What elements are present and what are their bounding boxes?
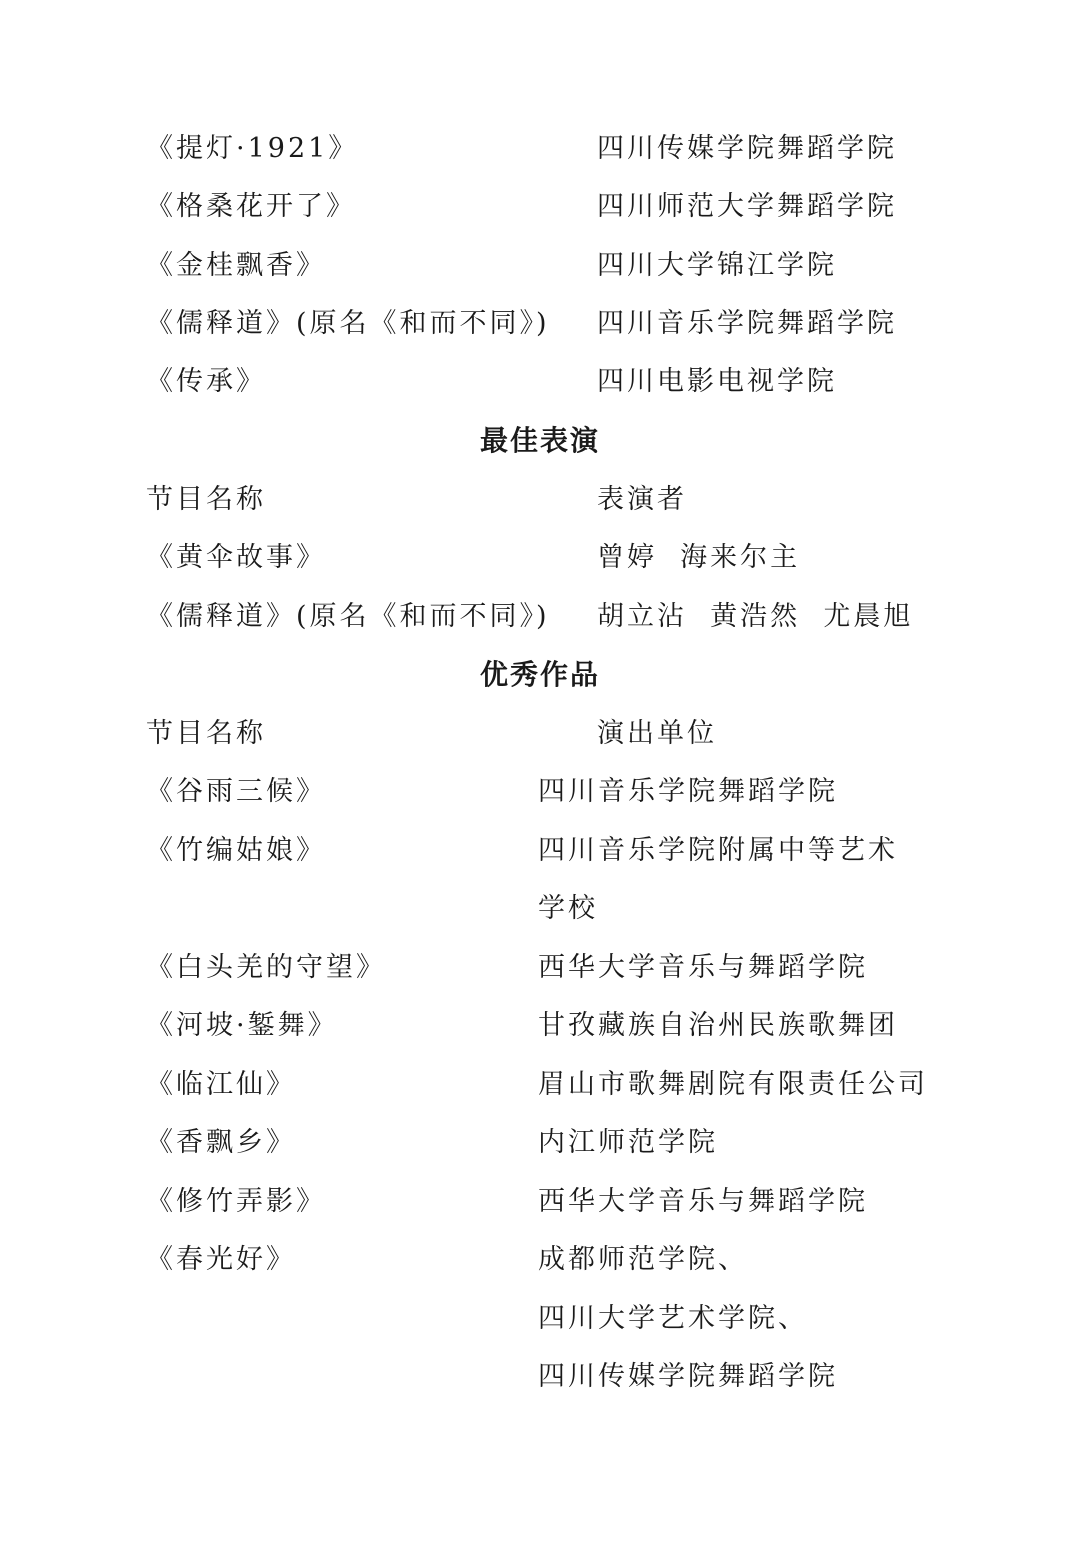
award-row: 《金桂飘香》 四川大学锦江学院 xyxy=(0,237,1080,295)
column-header-row: 节目名称 表演者 xyxy=(0,471,1080,529)
performing-unit: 四川音乐学院舞蹈学院 xyxy=(597,295,897,353)
performing-unit: 眉山市歌舞剧院有限责任公司 xyxy=(538,1056,928,1114)
program-title: 《儒释道》(原名《和而不同》) xyxy=(146,588,550,646)
column-header-performer: 表演者 xyxy=(597,471,687,529)
section-heading-excellent-works: 优秀作品 xyxy=(0,646,1080,704)
performing-unit: 成都师范学院、 xyxy=(538,1231,748,1289)
award-row-continuation: 四川大学艺术学院、 xyxy=(0,1290,1080,1348)
performing-unit: 四川音乐学院附属中等艺术 xyxy=(538,822,898,880)
program-title: 《白头羌的守望》 xyxy=(146,939,386,997)
award-row: 《黄伞故事》 曾婷 海来尔主 xyxy=(0,529,1080,587)
program-title: 《儒释道》(原名《和而不同》) xyxy=(146,295,550,353)
performer-names: 曾婷 海来尔主 xyxy=(597,529,800,587)
performer-names: 胡立沾 黄浩然 尤晨旭 xyxy=(597,588,913,646)
award-row: 《河坡·錾舞》 甘孜藏族自治州民族歌舞团 xyxy=(0,997,1080,1055)
program-title: 《修竹弄影》 xyxy=(146,1173,326,1231)
award-row-continuation: 四川传媒学院舞蹈学院 xyxy=(0,1348,1080,1406)
performing-unit: 四川师范大学舞蹈学院 xyxy=(597,178,897,236)
program-title: 《香飘乡》 xyxy=(146,1114,296,1172)
award-row: 《谷雨三候》 四川音乐学院舞蹈学院 xyxy=(0,763,1080,821)
award-row-continuation: 学校 xyxy=(0,880,1080,938)
award-row: 《儒释道》(原名《和而不同》) 四川音乐学院舞蹈学院 xyxy=(0,295,1080,353)
award-row: 《临江仙》 眉山市歌舞剧院有限责任公司 xyxy=(0,1056,1080,1114)
award-row: 《白头羌的守望》 西华大学音乐与舞蹈学院 xyxy=(0,939,1080,997)
column-header-title: 节目名称 xyxy=(146,471,266,529)
award-row: 《儒释道》(原名《和而不同》) 胡立沾 黄浩然 尤晨旭 xyxy=(0,588,1080,646)
column-header-unit: 演出单位 xyxy=(597,705,717,763)
performing-unit: 四川传媒学院舞蹈学院 xyxy=(538,1348,838,1406)
program-title: 《提灯·1921》 xyxy=(146,120,358,178)
program-title: 《临江仙》 xyxy=(146,1056,296,1114)
award-row: 《传承》 四川电影电视学院 xyxy=(0,353,1080,411)
award-row: 《提灯·1921》 四川传媒学院舞蹈学院 xyxy=(0,120,1080,178)
award-row: 《春光好》 成都师范学院、 xyxy=(0,1231,1080,1289)
performing-unit: 学校 xyxy=(538,880,598,938)
performing-unit: 西华大学音乐与舞蹈学院 xyxy=(538,939,868,997)
performing-unit: 四川大学艺术学院、 xyxy=(538,1290,808,1348)
award-row: 《格桑花开了》 四川师范大学舞蹈学院 xyxy=(0,178,1080,236)
performing-unit: 西华大学音乐与舞蹈学院 xyxy=(538,1173,868,1231)
program-title: 《金桂飘香》 xyxy=(146,237,326,295)
program-title: 《传承》 xyxy=(146,353,266,411)
program-title: 《谷雨三候》 xyxy=(146,763,326,821)
award-row: 《竹编姑娘》 四川音乐学院附属中等艺术 xyxy=(0,822,1080,880)
column-header-row: 节目名称 演出单位 xyxy=(0,705,1080,763)
program-title: 《春光好》 xyxy=(146,1231,296,1289)
award-row: 《香飘乡》 内江师范学院 xyxy=(0,1114,1080,1172)
section-heading-best-performance: 最佳表演 xyxy=(0,412,1080,470)
performing-unit: 四川电影电视学院 xyxy=(597,353,837,411)
performing-unit: 四川音乐学院舞蹈学院 xyxy=(538,763,838,821)
program-title: 《黄伞故事》 xyxy=(146,529,326,587)
performing-unit: 四川大学锦江学院 xyxy=(597,237,837,295)
program-title: 《格桑花开了》 xyxy=(146,178,356,236)
performing-unit: 内江师范学院 xyxy=(538,1114,718,1172)
program-title: 《河坡·錾舞》 xyxy=(146,997,338,1055)
column-header-title: 节目名称 xyxy=(146,705,266,763)
performing-unit: 甘孜藏族自治州民族歌舞团 xyxy=(538,997,898,1055)
performing-unit: 四川传媒学院舞蹈学院 xyxy=(597,120,897,178)
program-title: 《竹编姑娘》 xyxy=(146,822,326,880)
award-row: 《修竹弄影》 西华大学音乐与舞蹈学院 xyxy=(0,1173,1080,1231)
